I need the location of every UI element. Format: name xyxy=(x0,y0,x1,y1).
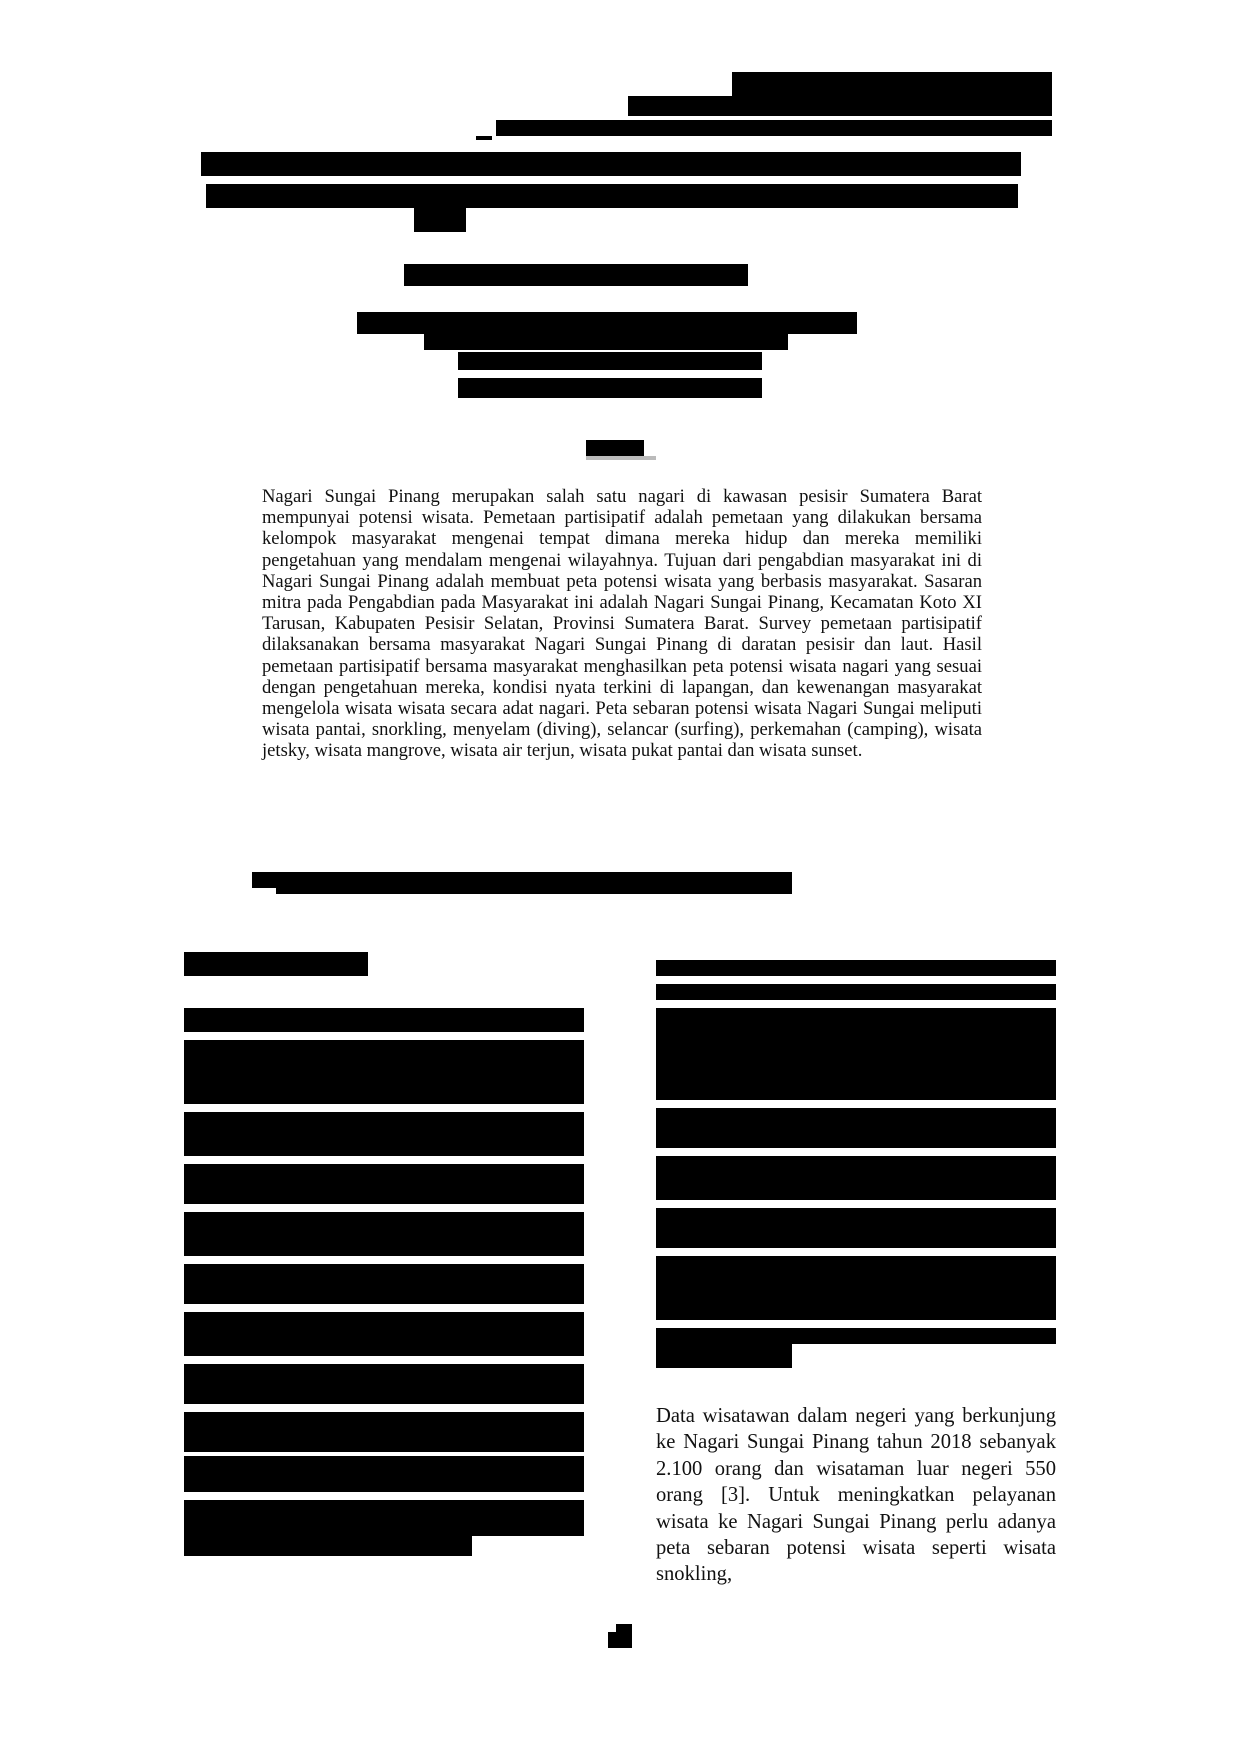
abstract: Nagari Sungai Pinang merupakan salah sat… xyxy=(262,486,982,762)
abstract-text: Nagari Sungai Pinang merupakan salah sat… xyxy=(262,486,982,762)
right-paragraph-text: Data wisatawan dalam negeri yang berkunj… xyxy=(656,1403,1056,1588)
right-column-paragraph: Data wisatawan dalam negeri yang berkunj… xyxy=(656,1403,1056,1588)
